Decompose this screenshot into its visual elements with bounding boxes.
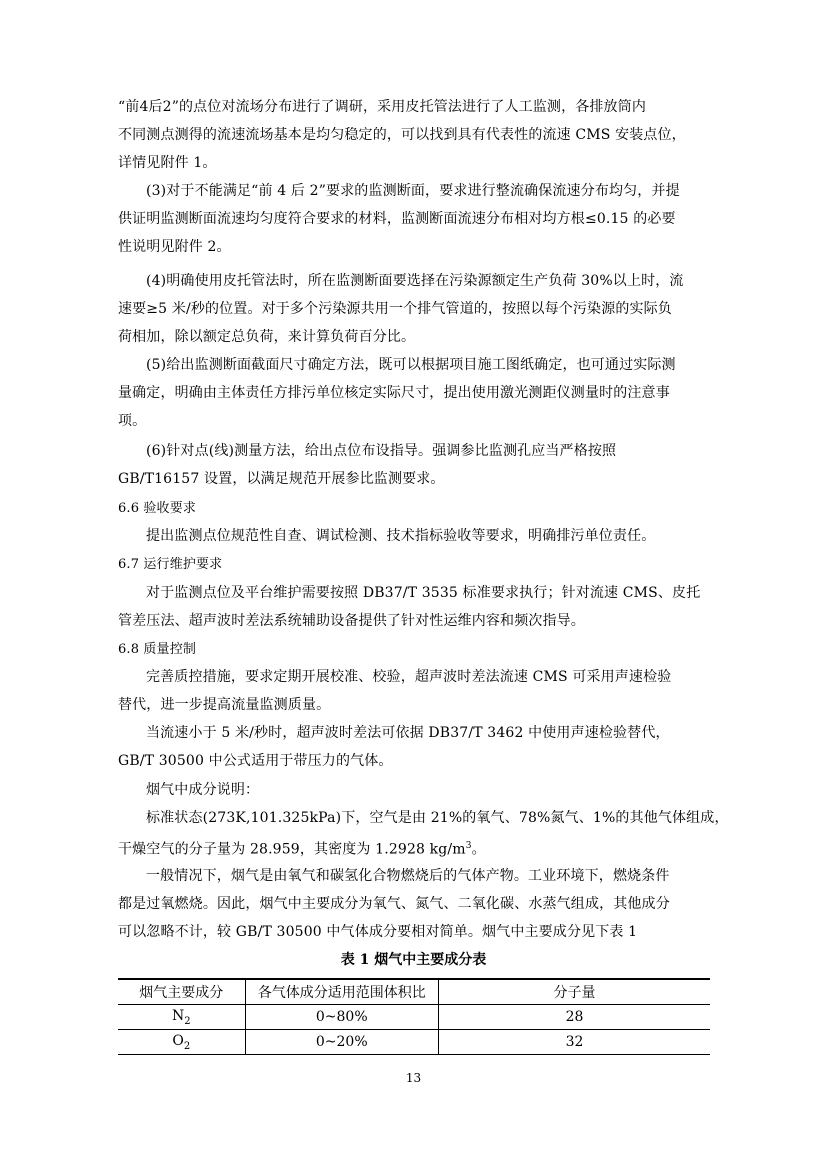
body-text-line: 不同测点测得的流速流场基本是均匀稳定的，可以找到具有代表性的流速 CMS 安装点…	[118, 126, 718, 144]
subscript: 2	[184, 1040, 190, 1051]
body-text-line: 当流速小于 5 米/秒时，超声波时差法可依据 DB37/T 3462 中使用声速…	[146, 724, 746, 742]
cell-molecular-weight: 28	[439, 1005, 711, 1030]
list-item-6-line: GB/T16157 设置，以满足规范开展参比监测要求。	[118, 470, 718, 488]
list-item-3-line: 供证明监测断面流速均匀度符合要求的材料，监测断面流速分布相对均方根≤0.15 的…	[118, 210, 718, 228]
cell-range: 0~80%	[245, 1005, 438, 1030]
list-item-4-line: 速要≥5 米/秒的位置。对于多个污染源共用一个排气管道的，按照以每个污染源的实际…	[118, 300, 718, 318]
list-item-3-line: (3)对于不能满足“前 4 后 2”要求的监测断面，要求进行整流确保流速分布均匀…	[146, 182, 746, 200]
list-item-4-line: (4)明确使用皮托管法时，所在监测断面要选择在污染源额定生产负荷 30%以上时，…	[146, 272, 746, 290]
cell-molecular-weight: 32	[439, 1030, 711, 1055]
document-page: “前4后2”的点位对流场分布进行了调研，采用皮托管法进行了人工监测，各排放筒内 …	[0, 0, 827, 1169]
column-header: 分子量	[439, 979, 711, 1005]
body-text-line: 替代，进一步提高流量监测质量。	[118, 696, 718, 714]
body-text-line: 详情见附件 1。	[118, 154, 718, 172]
body-text-line: 管差压法、超声波时差法系统辅助设备提供了针对性运维内容和频次指导。	[118, 612, 718, 630]
body-text-line: 干燥空气的分子量为 28.959，其密度为 1.2928 kg/m3。	[118, 837, 718, 859]
body-text-line: GB/T 30500 中公式适用于带压力的气体。	[118, 752, 718, 770]
cell-component: O2	[118, 1030, 245, 1055]
table-caption: 表 1 烟气中主要成分表	[0, 951, 827, 969]
section-heading-6-8: 6.8 质量控制	[118, 641, 718, 659]
body-text-segment: 干燥空气的分子量为 28.959，其密度为 1.2928 kg/m	[118, 842, 466, 858]
table-header-row: 烟气主要成分 各气体成分适用范围体积比 分子量	[118, 979, 710, 1005]
table-row: N2 0~80% 28	[118, 1005, 710, 1030]
list-item-3-line: 性说明见附件 2。	[118, 238, 718, 256]
cell-component: N2	[118, 1005, 245, 1030]
chemical-symbol: O	[172, 1033, 183, 1049]
list-item-5-line: 项。	[118, 412, 718, 430]
body-text-line: “前4后2”的点位对流场分布进行了调研，采用皮托管法进行了人工监测，各排放筒内	[118, 98, 718, 116]
chemical-symbol: N	[172, 1008, 184, 1024]
body-text-segment: 。	[472, 842, 486, 858]
list-item-5-line: (5)给出监测断面截面尺寸确定方法，既可以根据项目施工图纸确定，也可通过实际测	[146, 356, 746, 374]
body-text-line: 提出监测点位规范性自查、调试检测、技术指标验收等要求，明确排污单位责任。	[146, 527, 746, 545]
page-number: 13	[0, 1071, 827, 1085]
column-header: 烟气主要成分	[118, 979, 245, 1005]
composition-table: 烟气主要成分 各气体成分适用范围体积比 分子量 N2 0~80% 28 O2 0…	[118, 978, 710, 1055]
table-row: O2 0~20% 32	[118, 1030, 710, 1055]
body-text-line: 一般情况下，烟气是由氧气和碳氢化合物燃烧后的气体产物。工业环境下，燃烧条件	[146, 867, 746, 885]
cell-range: 0~20%	[245, 1030, 438, 1055]
subscript: 2	[184, 1015, 190, 1026]
subsection-title: 烟气中成分说明：	[146, 781, 746, 799]
body-text-line: 完善质控措施，要求定期开展校准、校验，超声波时差法流速 CMS 可采用声速检验	[146, 668, 746, 686]
section-heading-6-7: 6.7 运行维护要求	[118, 556, 718, 574]
body-text-line: 对于监测点位及平台维护需要按照 DB37/T 3535 标准要求执行；针对流速 …	[146, 584, 746, 602]
body-text-line: 都是过氧燃烧。因此，烟气中主要成分为氧气、氮气、二氧化碳、水蒸气组成，其他成分	[118, 895, 718, 913]
list-item-4-line: 荷相加，除以额定总负荷，来计算负荷百分比。	[118, 328, 718, 346]
section-heading-6-6: 6.6 验收要求	[118, 500, 718, 518]
list-item-6-line: (6)针对点(线)测量方法，给出点位布设指导。强调参比监测孔应当严格按照	[146, 442, 746, 460]
body-text-line: 标准状态(273K,101.325kPa)下，空气是由 21%的氧气、78%氮气…	[146, 809, 746, 827]
list-item-5-line: 量确定，明确由主体责任方排污单位核定实际尺寸，提出使用激光测距仪测量时的注意事	[118, 384, 718, 402]
body-text-line: 可以忽略不计，较 GB/T 30500 中气体成分要相对简单。烟气中主要成分见下…	[118, 923, 718, 941]
column-header: 各气体成分适用范围体积比	[245, 979, 438, 1005]
